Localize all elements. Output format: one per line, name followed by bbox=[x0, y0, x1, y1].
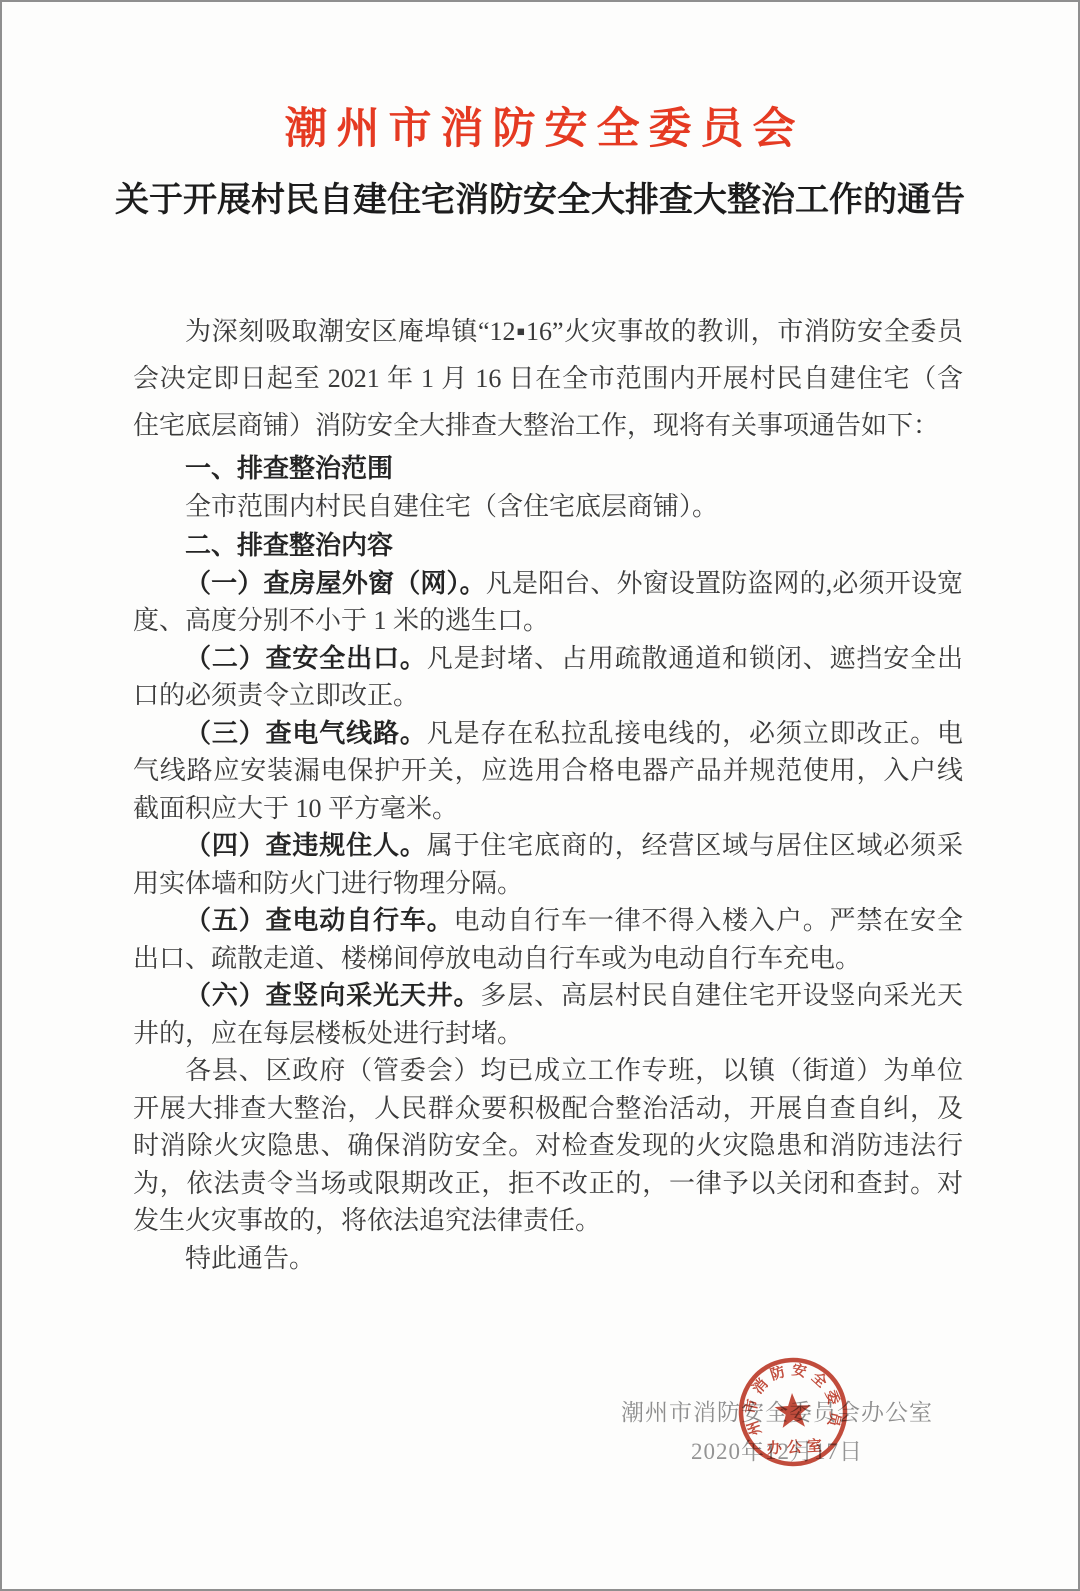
issuing-office-signature: 潮州市消防安全委员会办公室 bbox=[2, 1393, 1078, 1433]
bold-lead-text: （一）查房屋外窗（网）。 bbox=[185, 569, 486, 598]
paragraph: （一）查房屋外窗（网）。凡是阳台、外窗设置防盗网的,必须开设宽度、高度分别不小于… bbox=[133, 565, 963, 640]
bold-lead-text: （四）查违规住人。 bbox=[185, 831, 427, 860]
section-heading: 二、排查整治内容 bbox=[133, 526, 963, 565]
bold-lead-text: 一、排查整治范围 bbox=[185, 453, 393, 483]
paragraph: 特此通告。 bbox=[133, 1240, 963, 1278]
paragraph: （二）查安全出口。凡是封堵、占用疏散通道和锁闭、遮挡安全出口的必须责令立即改正。 bbox=[133, 640, 963, 715]
paragraph: 全市范围内村民自建住宅（含住宅底层商铺）。 bbox=[133, 488, 963, 526]
document-footer: 潮州市消防安全委员会办公室 2020年12月17日 bbox=[2, 1393, 1078, 1470]
official-seal: 潮州市消防安全委员会 办公室 bbox=[726, 1345, 861, 1480]
paragraph: （六）查竖向采光天井。多层、高层村民自建住宅开设竖向采光天井的，应在每层楼板处进… bbox=[133, 977, 963, 1052]
seal-bottom-text: 办公室 bbox=[766, 1436, 827, 1457]
bold-lead-text: （三）查电气线路。 bbox=[185, 719, 427, 748]
bold-lead-text: （六）查竖向采光天井。 bbox=[185, 981, 480, 1010]
document-title: 关于开展村民自建住宅消防安全大排查大整治工作的通告 bbox=[2, 178, 1078, 224]
document-body: 为深刻吸取潮安区庵埠镇“12▪16”火灾事故的教训，市消防安全委员会决定即日起至… bbox=[2, 308, 1078, 1277]
bold-lead-text: 二、排查整治内容 bbox=[185, 530, 393, 560]
star-icon bbox=[774, 1392, 812, 1428]
paragraph: （三）查电气线路。凡是存在私拉乱接电线的，必须立即改正。电气线路应安装漏电保护开… bbox=[133, 715, 963, 828]
org-title: 潮州市消防安全委员会 bbox=[2, 104, 1078, 156]
section-heading: 一、排查整治范围 bbox=[133, 449, 963, 488]
paragraph-text: 为深刻吸取潮安区庵埠镇“12▪16”火灾事故的教训，市消防安全委员会决定即日起至… bbox=[133, 317, 963, 440]
paragraph-text: 全市范围内村民自建住宅（含住宅底层商铺）。 bbox=[185, 492, 718, 521]
paragraph-text: 各县、区政府（管委会）均已成立工作专班，以镇（街道）为单位开展大排查大整治，人民… bbox=[133, 1056, 963, 1235]
paragraph: 为深刻吸取潮安区庵埠镇“12▪16”火灾事故的教训，市消防安全委员会决定即日起至… bbox=[133, 308, 963, 449]
paragraph: （五）查电动自行车。电动自行车一律不得入楼入户。严禁在安全出口、疏散走道、楼梯间… bbox=[133, 902, 963, 977]
bold-lead-text: （五）查电动自行车。 bbox=[185, 906, 454, 935]
paragraph: （四）查违规住人。属于住宅底商的，经营区域与居住区域必须采用实体墙和防火门进行物… bbox=[133, 827, 963, 902]
issue-date: 2020年12月17日 bbox=[2, 1433, 1078, 1470]
bold-lead-text: （二）查安全出口。 bbox=[185, 644, 427, 673]
paragraph-text: 特此通告。 bbox=[185, 1244, 315, 1273]
paragraph: 各县、区政府（管委会）均已成立工作专班，以镇（街道）为单位开展大排查大整治，人民… bbox=[133, 1052, 963, 1240]
notice-document-page: 潮州市消防安全委员会 关于开展村民自建住宅消防安全大排查大整治工作的通告 为深刻… bbox=[0, 0, 1080, 1591]
